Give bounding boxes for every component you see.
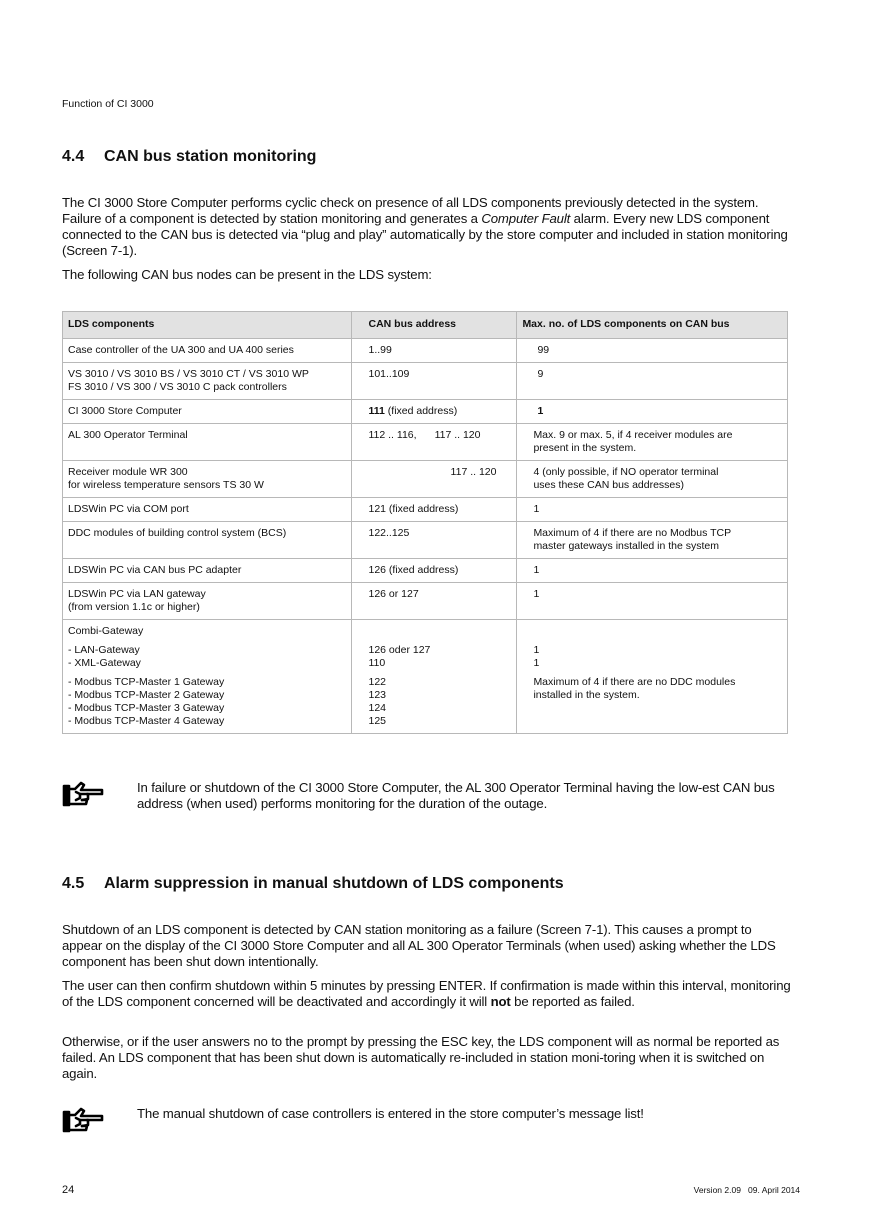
- column-header-max: Max. no. of LDS components on CAN bus: [517, 312, 788, 339]
- cell-max: 9: [517, 363, 788, 400]
- paragraph-confirm-shutdown: The user can then confirm shutdown withi…: [62, 978, 792, 1010]
- cell-component: Receiver module WR 300for wireless tempe…: [63, 461, 352, 498]
- section-title: Alarm suppression in manual shutdown of …: [104, 875, 564, 892]
- cell-component: CI 3000 Store Computer: [63, 400, 352, 424]
- cell-max: Max. 9 or max. 5, if 4 receiver modules …: [517, 424, 788, 461]
- cell-address: 101..109: [352, 363, 517, 400]
- cell-max: 1: [517, 559, 788, 583]
- paragraph-shutdown-detection: Shutdown of an LDS component is detected…: [62, 922, 792, 970]
- table-row: Receiver module WR 300for wireless tempe…: [63, 461, 788, 498]
- running-head: Function of CI 3000: [62, 98, 154, 110]
- cell-component: VS 3010 / VS 3010 BS / VS 3010 CT / VS 3…: [63, 363, 352, 400]
- table-row: LDSWin PC via LAN gateway(from version 1…: [63, 583, 788, 620]
- cell-address: 112 .. 116,117 .. 120: [352, 424, 517, 461]
- section-title: CAN bus station monitoring: [104, 148, 316, 165]
- table-row-combi-gateway: Combi-Gateway - LAN-Gateway - XML-Gatewa…: [63, 620, 788, 734]
- section-heading-4-4: 4.4CAN bus station monitoring: [62, 148, 316, 166]
- cell-address: 122..125: [352, 522, 517, 559]
- cell-component: LDSWin PC via LAN gateway(from version 1…: [63, 583, 352, 620]
- note-text: In failure or shutdown of the CI 3000 St…: [137, 780, 792, 812]
- cell-max: 1 1 Maximum of 4 if there are no DDC mod…: [517, 620, 788, 734]
- cell-address: 111 (fixed address): [352, 400, 517, 424]
- cell-address: 126 or 127: [352, 583, 517, 620]
- cell-max: 1: [517, 583, 788, 620]
- cell-max: 99: [517, 339, 788, 363]
- cell-component: LDSWin PC via CAN bus PC adapter: [63, 559, 352, 583]
- text-run: be reported as failed.: [511, 994, 635, 1009]
- pointing-hand-icon: [62, 780, 106, 810]
- text-run: The user can then confirm shutdown withi…: [62, 978, 791, 1009]
- table-row: LDSWin PC via COM port 121 (fixed addres…: [63, 498, 788, 522]
- section-number: 4.4: [62, 148, 104, 166]
- cell-component: Combi-Gateway - LAN-Gateway - XML-Gatewa…: [63, 620, 352, 734]
- cell-address: 117 .. 120: [352, 461, 517, 498]
- paragraph-intro: The CI 3000 Store Computer performs cycl…: [62, 195, 792, 259]
- table-header-row: LDS components CAN bus address Max. no. …: [63, 312, 788, 339]
- italic-term: Computer Fault: [481, 211, 570, 226]
- note-text: The manual shutdown of case controllers …: [137, 1106, 792, 1122]
- paragraph-otherwise: Otherwise, or if the user answers no to …: [62, 1034, 792, 1082]
- cell-max: 4 (only possible, if NO operator termina…: [517, 461, 788, 498]
- version-date: Version 2.09 09. April 2014: [694, 1185, 800, 1195]
- cell-component: AL 300 Operator Terminal: [63, 424, 352, 461]
- column-header-address: CAN bus address: [352, 312, 517, 339]
- cell-component: Case controller of the UA 300 and UA 400…: [63, 339, 352, 363]
- cell-max: Maximum of 4 if there are no Modbus TCPm…: [517, 522, 788, 559]
- cell-address: 126 (fixed address): [352, 559, 517, 583]
- bold-term: not: [491, 994, 511, 1009]
- pointing-hand-icon: [62, 1106, 106, 1136]
- table-row: AL 300 Operator Terminal 112 .. 116,117 …: [63, 424, 788, 461]
- table-row: DDC modules of building control system (…: [63, 522, 788, 559]
- cell-address: 1..99: [352, 339, 517, 363]
- can-bus-nodes-table: LDS components CAN bus address Max. no. …: [62, 311, 788, 734]
- paragraph-nodes-lead: The following CAN bus nodes can be prese…: [62, 267, 792, 283]
- table-row: CI 3000 Store Computer 111 (fixed addres…: [63, 400, 788, 424]
- table-row: VS 3010 / VS 3010 BS / VS 3010 CT / VS 3…: [63, 363, 788, 400]
- cell-max: 1: [517, 400, 788, 424]
- page-number: 24: [62, 1184, 74, 1196]
- cell-address: 126 oder 127 110 122 123 124 125: [352, 620, 517, 734]
- table-row: Case controller of the UA 300 and UA 400…: [63, 339, 788, 363]
- cell-component: DDC modules of building control system (…: [63, 522, 352, 559]
- cell-max: 1: [517, 498, 788, 522]
- cell-component: LDSWin PC via COM port: [63, 498, 352, 522]
- section-heading-4-5: 4.5Alarm suppression in manual shutdown …: [62, 875, 564, 893]
- column-header-components: LDS components: [63, 312, 352, 339]
- cell-address: 121 (fixed address): [352, 498, 517, 522]
- section-number: 4.5: [62, 875, 104, 893]
- table-row: LDSWin PC via CAN bus PC adapter 126 (fi…: [63, 559, 788, 583]
